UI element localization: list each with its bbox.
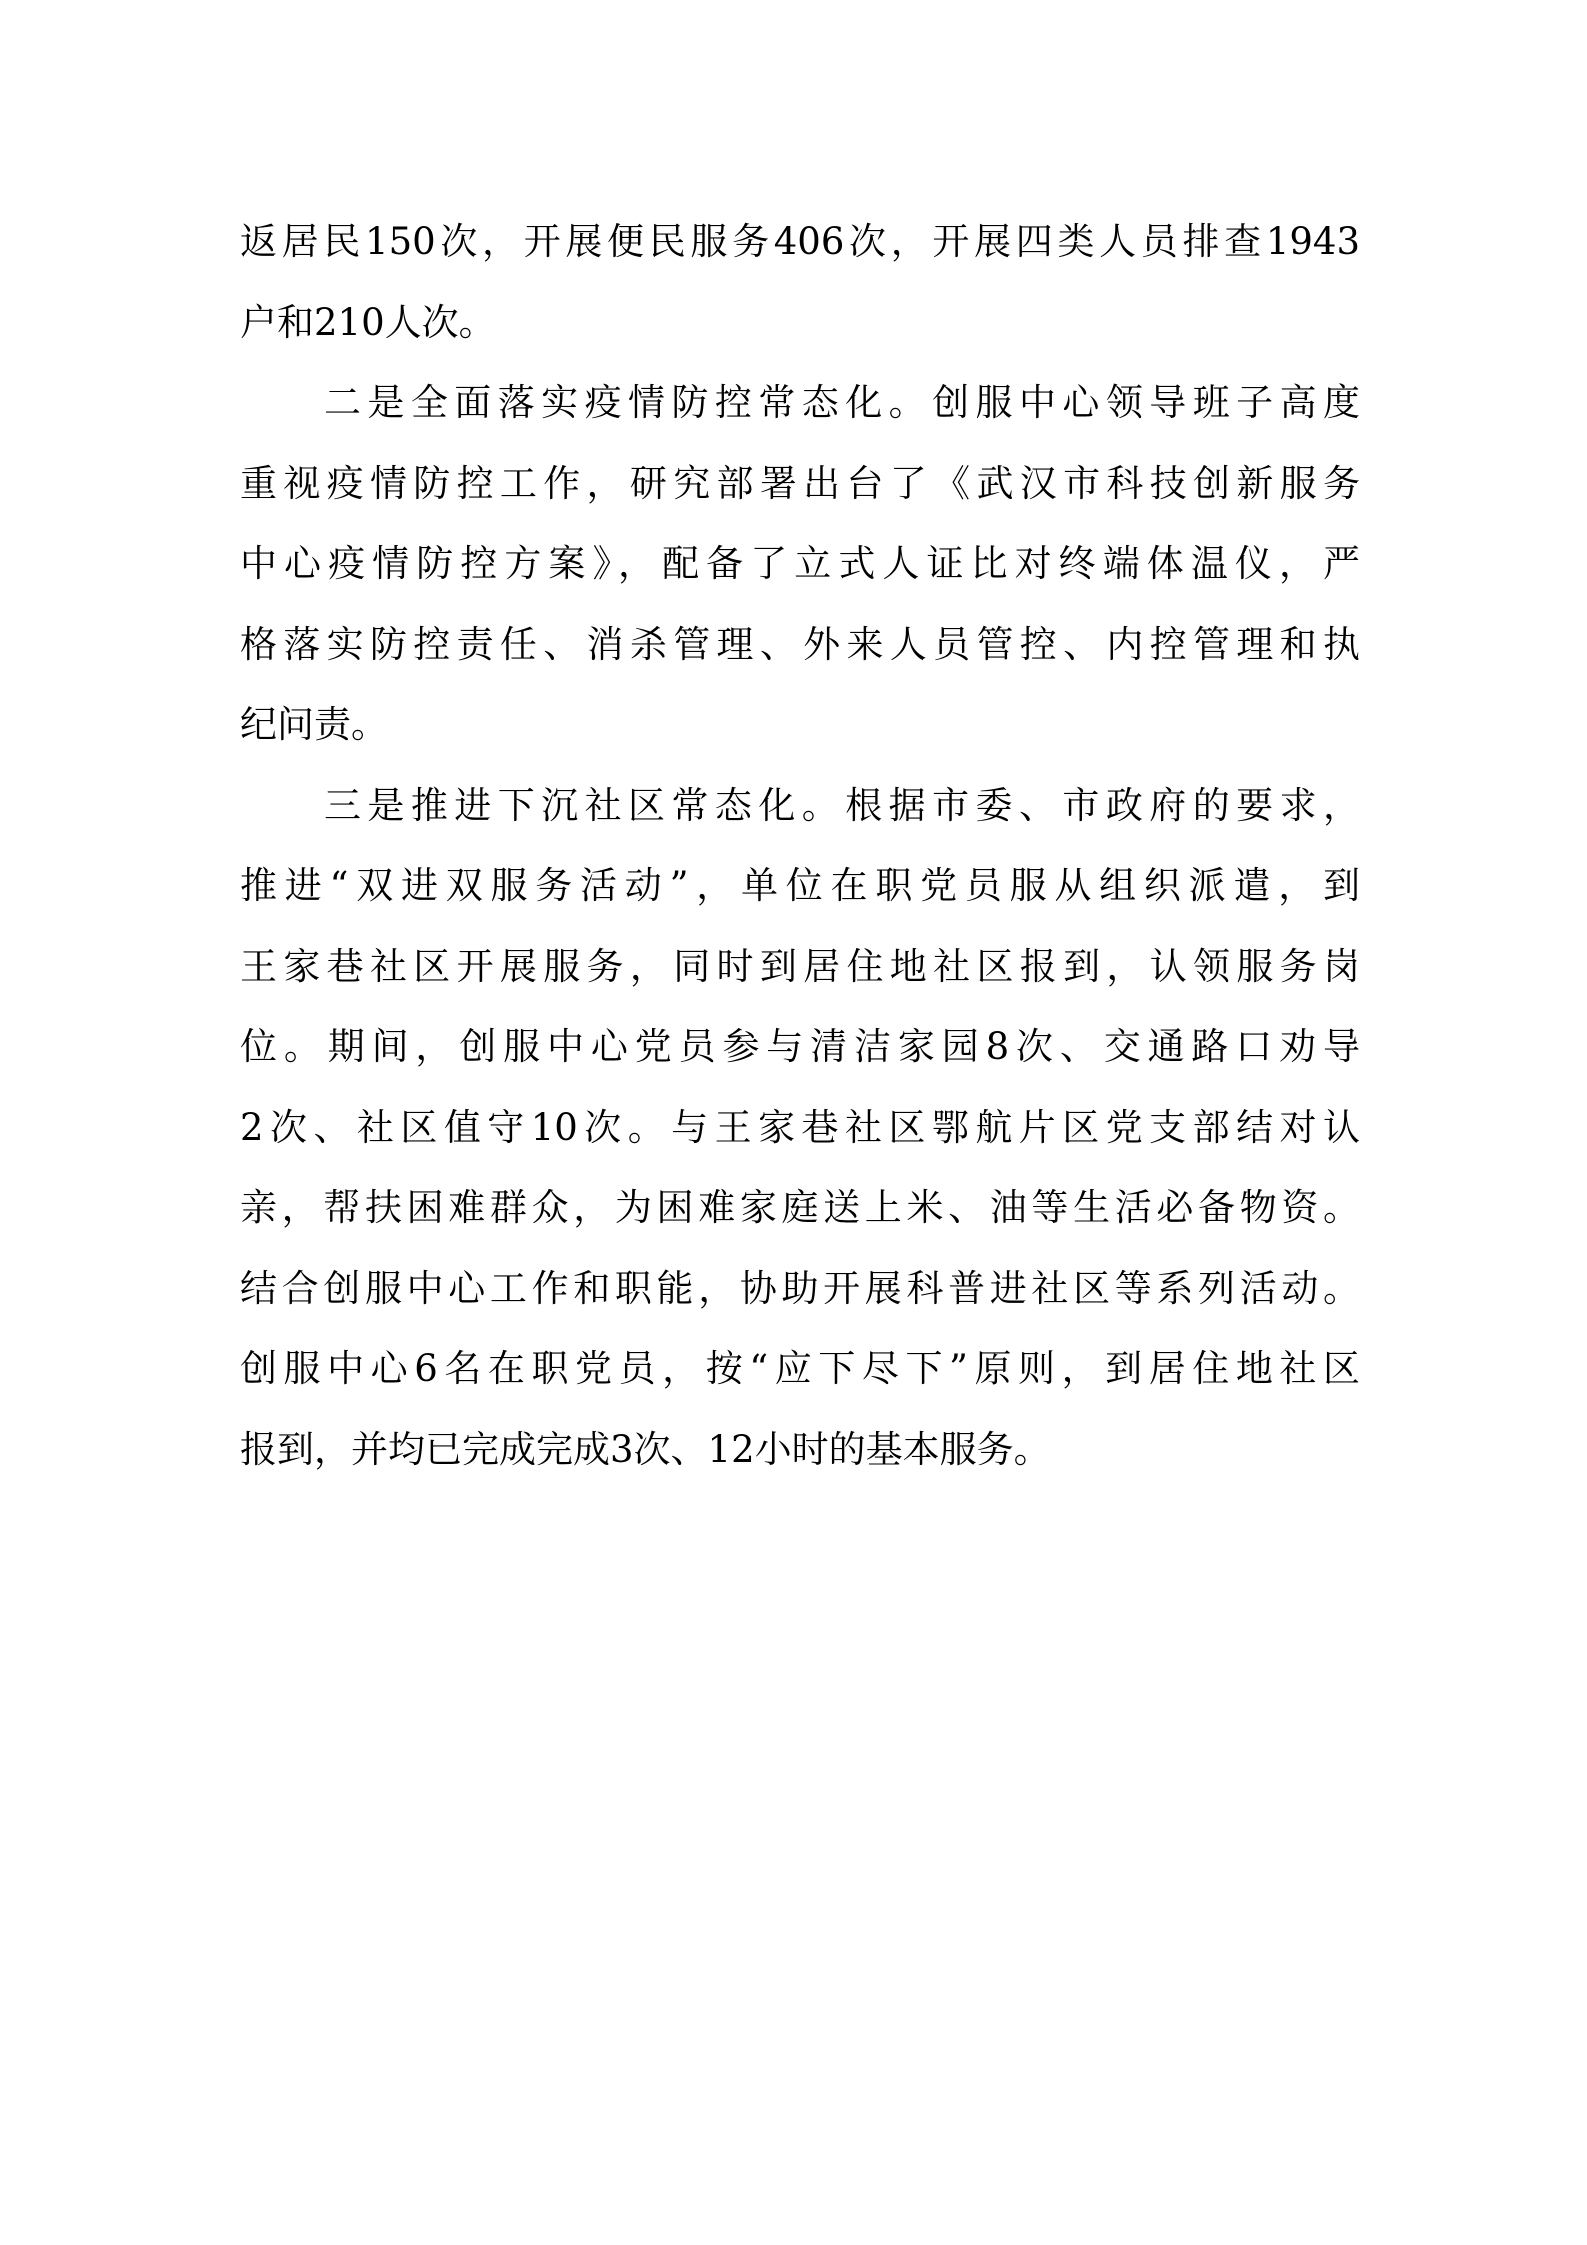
text-line: 2次、社区值守10次。与王家巷社区鄂航片区党支部结对认	[240, 1098, 1360, 1179]
text-line: 格落实防控责任、消杀管理、外来人员管控、内控管理和执	[240, 615, 1360, 696]
text-line: 三是推进下沉社区常态化。根据市委、市政府的要求，	[240, 776, 1360, 857]
text-line: 返居民150次，开展便民服务406次，开展四类人员排查1943	[240, 212, 1360, 293]
text-line: 推进“双进双服务活动”，单位在职党员服从组织派遣，到	[240, 856, 1360, 937]
text-line: 创服中心6名在职党员，按“应下尽下”原则，到居住地社区	[240, 1339, 1360, 1420]
text-line: 王家巷社区开展服务，同时到居住地社区报到，认领服务岗	[240, 937, 1360, 1018]
document-page: 返居民150次，开展便民服务406次，开展四类人员排查1943 户和210人次。…	[0, 0, 1587, 2245]
text-line: 位。期间，创服中心党员参与清洁家园8次、交通路口劝导	[240, 1017, 1360, 1098]
text-line: 报到，并均已完成完成3次、12小时的基本服务。	[240, 1420, 1360, 1501]
text-line: 二是全面落实疫情防控常态化。创服中心领导班子高度	[240, 373, 1360, 454]
paragraph-continued: 返居民150次，开展便民服务406次，开展四类人员排查1943 户和210人次。	[240, 212, 1360, 373]
text-line: 重视疫情防控工作，研究部署出台了《武汉市科技创新服务	[240, 454, 1360, 535]
document-body: 返居民150次，开展便民服务406次，开展四类人员排查1943 户和210人次。…	[240, 212, 1360, 1500]
text-line: 中心疫情防控方案》，配备了立式人证比对终端体温仪，严	[240, 534, 1360, 615]
text-line: 户和210人次。	[240, 293, 1360, 374]
text-line: 纪问责。	[240, 695, 1360, 776]
text-line: 亲，帮扶困难群众，为困难家庭送上米、油等生活必备物资。	[240, 1178, 1360, 1259]
text-line: 结合创服中心工作和职能，协助开展科普进社区等系列活动。	[240, 1259, 1360, 1340]
paragraph-epidemic-prevention: 二是全面落实疫情防控常态化。创服中心领导班子高度 重视疫情防控工作，研究部署出台…	[240, 373, 1360, 776]
paragraph-community-service: 三是推进下沉社区常态化。根据市委、市政府的要求， 推进“双进双服务活动”，单位在…	[240, 776, 1360, 1501]
